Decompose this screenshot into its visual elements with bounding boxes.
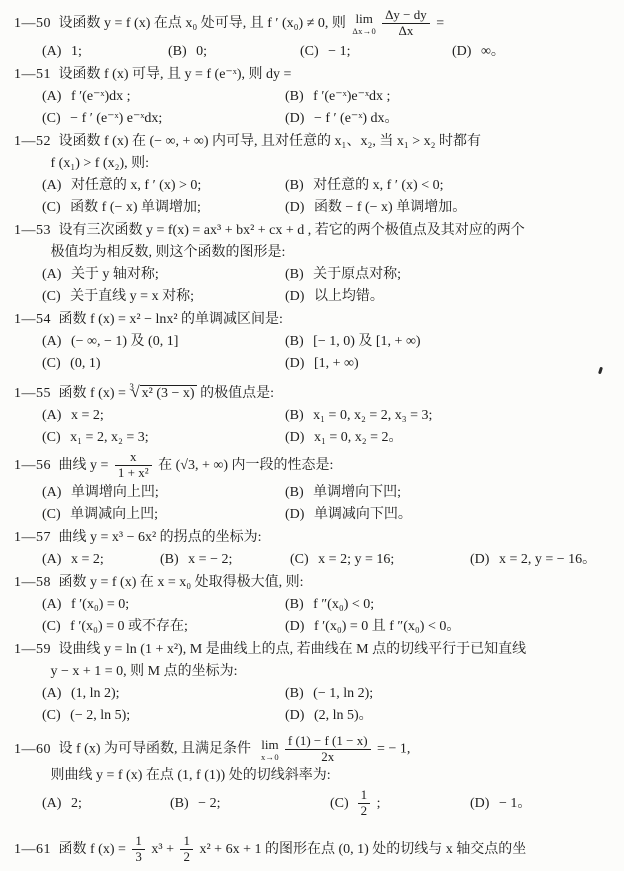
stem-line: 1—57 曲线 y = x³ − 6x² 的拐点的坐标为: xyxy=(14,527,616,549)
question: 1—52 设函数 f (x) 在 (− ∞, + ∞) 内可导, 且对任意的 x… xyxy=(14,131,616,219)
stem-line: 1—56 曲线 y = x1 + x² 在 (√3, + ∞) 内一段的性态是: xyxy=(14,450,616,482)
option-label: (C) xyxy=(42,356,61,371)
options-row: (A) (− ∞, − 1) 及 (0, 1] (B) [− 1, 0) 及 [… xyxy=(42,331,616,375)
option-label: (D) xyxy=(285,356,304,371)
option: (B) 0; xyxy=(168,41,300,63)
stem-line: f (x₁) > f (x₂), 则: xyxy=(47,153,616,175)
option: (D) − 1。 xyxy=(470,787,616,821)
formula-text: 设曲线 y = ln (1 + x²), M 是曲线上的点, 若曲线在 M 点的… xyxy=(55,642,530,657)
option: (C) 函数 f (− x) 单调增加; xyxy=(42,197,285,219)
option: (A) 关于 y 轴对称; xyxy=(42,264,285,286)
question-number: 1—60 xyxy=(14,739,55,761)
formula-text: 设函数 f (x) 在 (− ∞, + ∞) 内可导, 且对任意的 x₁、x₂,… xyxy=(55,134,484,149)
fraction-numerator: Δy − dy xyxy=(382,8,430,24)
option-label: (A) xyxy=(42,686,61,701)
option: (B) x = − 2; xyxy=(160,549,290,571)
option: (C) − f ′ (e⁻ˣ) e⁻ˣdx; xyxy=(42,108,285,130)
formula-text: 关于直线 y = x 对称; xyxy=(67,289,198,304)
formula-text: 1; xyxy=(67,44,85,59)
formula-text: 函数 f (x) = x² − lnx² 的单调减区间是: xyxy=(55,312,286,327)
option: (C) (0, 1) xyxy=(42,353,285,375)
option-label: (A) xyxy=(42,89,61,104)
stem-line: 极值均为相反数, 则这个函数的图形是: xyxy=(47,242,616,264)
option: (C) (− 2, ln 5); xyxy=(42,705,285,727)
option: (B) 单调增向下凹; xyxy=(285,482,616,504)
option: (D) 单调减向下凹。 xyxy=(285,504,616,526)
fraction: Δy − dyΔx xyxy=(382,8,430,39)
option-label: (A) xyxy=(42,334,61,349)
question: 1—57 曲线 y = x³ − 6x² 的拐点的坐标为: (A) x = 2;… xyxy=(14,527,616,571)
formula-text: x = 2; xyxy=(67,552,107,567)
option: (D) f ′(x₀) = 0 且 f ″(x₀) < 0。 xyxy=(285,616,616,638)
option: (D) [1, + ∞) xyxy=(285,353,616,375)
formula-text: 在 (√3, + ∞) 内一段的性态是: xyxy=(155,458,337,473)
formula-text: (1, ln 2); xyxy=(67,686,123,701)
formula-text: − f ′ (e⁻ˣ) dx。 xyxy=(310,111,402,126)
option-label: (D) xyxy=(285,708,304,723)
option-label: (B) xyxy=(285,334,304,349)
limit-word: lim xyxy=(352,12,376,25)
fraction-numerator: 1 xyxy=(180,834,193,850)
option-label: (D) xyxy=(470,552,489,567)
options-row: (A) 1; (B) 0; (C) − 1; (D) ∞。 xyxy=(42,41,616,63)
question-number: 1—55 xyxy=(14,383,55,405)
formula-text: 以上均错。 xyxy=(310,289,387,304)
formula-text: f ′(x₀) = 0; xyxy=(67,597,132,612)
fraction-denominator: 3 xyxy=(132,850,145,865)
option-label: (C) xyxy=(42,289,61,304)
fraction-numerator: 1 xyxy=(132,834,145,850)
formula-text: (0, 1) xyxy=(67,356,104,371)
formula-text: (− 2, ln 5); xyxy=(67,708,134,723)
option: (C) x₁ = 2, x₂ = 3; xyxy=(42,427,285,449)
option: (A) x = 2; xyxy=(42,549,160,571)
option: (C) − 1; xyxy=(300,41,452,63)
stem-line: 1—58 函数 y = f (x) 在 x = x₀ 处取得极大值, 则: xyxy=(14,572,616,594)
option-label: (A) xyxy=(42,267,61,282)
question: 1—58 函数 y = f (x) 在 x = x₀ 处取得极大值, 则: (A… xyxy=(14,572,616,638)
formula-text: f ′(x₀) = 0 或不存在; xyxy=(67,619,192,634)
formula-text: − f ′ (e⁻ˣ) e⁻ˣdx; xyxy=(67,111,166,126)
option: (B) 对任意的 x, f ′ (x) < 0; xyxy=(285,175,616,197)
option: (C) 关于直线 y = x 对称; xyxy=(42,286,285,308)
formula-text: x² + 6x + 1 的图形在点 (0, 1) 处的切线与 x 轴交点的坐 xyxy=(196,842,530,857)
option-label: (C) xyxy=(330,796,349,811)
question: 1—53 设有三次函数 y = f(x) = ax³ + bx² + cx + … xyxy=(14,220,616,308)
formula-text: (− ∞, − 1) 及 (0, 1] xyxy=(67,334,181,349)
question: 1—56 曲线 y = x1 + x² 在 (√3, + ∞) 内一段的性态是:… xyxy=(14,450,616,526)
question-number: 1—53 xyxy=(14,220,55,242)
radical: 3√x² (3 − x) xyxy=(129,382,196,405)
stem-line: 1—50 设函数 y = f (x) 在点 x₀ 处可导, 且 f ′ (x₀)… xyxy=(14,7,616,41)
fraction-denominator: 1 + x² xyxy=(115,466,152,481)
option: (D) x = 2, y = − 16。 xyxy=(470,549,616,571)
formula-text: 曲线 y = xyxy=(55,458,112,473)
formula-text: − 1; xyxy=(325,44,354,59)
option: (C) x = 2; y = 16; xyxy=(290,549,470,571)
formula-text: f ′(x₀) = 0 且 f ″(x₀) < 0。 xyxy=(310,619,463,634)
option-label: (B) xyxy=(170,796,189,811)
option-label: (C) xyxy=(42,619,61,634)
option-label: (B) xyxy=(168,44,187,59)
formula-text: 函数 f (x) = xyxy=(55,386,129,401)
option: (A) 1; xyxy=(42,41,168,63)
question-number: 1—56 xyxy=(14,450,55,482)
formula-text: − 2; xyxy=(195,796,224,811)
option-label: (D) xyxy=(470,796,489,811)
formula-text: 则曲线 y = f (x) 在点 (1, f (1)) 处的切线斜率为: xyxy=(47,768,334,783)
question: 1—60 设 f (x) 为可导函数, 且满足条件 limx→0f (1) − … xyxy=(14,734,616,821)
limit-underscript: Δx→0 xyxy=(352,27,376,36)
stem-line: 1—55 函数 f (x) = 3√x² (3 − x) 的极值点是: xyxy=(14,382,616,405)
formula-text: x₁ = 2, x₂ = 3; xyxy=(67,430,152,445)
formula-text: 函数 f (x) = xyxy=(55,842,129,857)
option-label: (B) xyxy=(285,178,304,193)
formula-text: 函数 − f (− x) 单调增加。 xyxy=(310,200,469,215)
option-label: (B) xyxy=(285,597,304,612)
question: 1—55 函数 f (x) = 3√x² (3 − x) 的极值点是: (A) … xyxy=(14,382,616,449)
fraction: 12 xyxy=(180,834,193,865)
formula-text: [1, + ∞) xyxy=(310,356,362,371)
option: (D) 函数 − f (− x) 单调增加。 xyxy=(285,197,616,219)
options-row: (A) (1, ln 2); (B) (− 1, ln 2); (C) (− 2… xyxy=(42,683,616,727)
option: (D) ∞。 xyxy=(452,41,616,63)
option: (D) (2, ln 5)。 xyxy=(285,705,616,727)
option: (B) − 2; xyxy=(170,787,330,821)
formula-text: f (x₁) > f (x₂), 则: xyxy=(47,156,153,171)
formula-text: 设函数 f (x) 可导, 且 y = f (e⁻ˣ), 则 dy = xyxy=(55,67,295,82)
question-number: 1—61 xyxy=(14,833,55,867)
formula-text: (− 1, ln 2); xyxy=(310,686,377,701)
option: (D) x₁ = 0, x₂ = 2。 xyxy=(285,427,616,449)
question: 1—59 设曲线 y = ln (1 + x²), M 是曲线上的点, 若曲线在… xyxy=(14,639,616,727)
option-label: (A) xyxy=(42,597,61,612)
formula-text: f ′(e⁻ˣ)dx ; xyxy=(67,89,134,104)
option-label: (D) xyxy=(285,111,304,126)
stem-line: 1—59 设曲线 y = ln (1 + x²), M 是曲线上的点, 若曲线在… xyxy=(14,639,616,661)
fraction-denominator: Δx xyxy=(382,24,430,39)
option-label: (D) xyxy=(285,200,304,215)
formula-text: x³ + xyxy=(148,842,178,857)
formula-text: x₁ = 0, x₂ = 2。 xyxy=(310,430,406,445)
option-label: (B) xyxy=(285,89,304,104)
radicand: x² (3 − x) xyxy=(140,385,197,401)
formula-text: 关于原点对称; xyxy=(310,267,405,282)
formula-text: 对任意的 x, f ′ (x) < 0; xyxy=(310,178,447,193)
option-label: (D) xyxy=(285,619,304,634)
formula-text: ∞。 xyxy=(477,44,508,59)
option: (A) (1, ln 2); xyxy=(42,683,285,705)
formula-text: 单调增向上凹; xyxy=(67,485,162,500)
limit: limx→0 xyxy=(261,738,279,762)
option-label: (C) xyxy=(42,111,61,126)
limit-underscript: x→0 xyxy=(261,753,279,762)
formula-text: y − x + 1 = 0, 则 M 点的坐标为: xyxy=(47,664,241,679)
question-number: 1—50 xyxy=(14,7,55,41)
formula-text: 曲线 y = x³ − 6x² 的拐点的坐标为: xyxy=(55,530,265,545)
question: 1—51 设函数 f (x) 可导, 且 y = f (e⁻ˣ), 则 dy =… xyxy=(14,64,616,130)
fraction-denominator: 2x xyxy=(285,750,371,765)
stem-line: 1—52 设函数 f (x) 在 (− ∞, + ∞) 内可导, 且对任意的 x… xyxy=(14,131,616,153)
option-label: (B) xyxy=(285,408,304,423)
options-row: (A) x = 2; (B) x = − 2; (C) x = 2; y = 1… xyxy=(42,549,616,571)
fraction-denominator: 2 xyxy=(358,804,371,819)
stem-line: 则曲线 y = f (x) 在点 (1, f (1)) 处的切线斜率为: xyxy=(47,765,616,787)
fraction: 13 xyxy=(132,834,145,865)
option: (A) x = 2; xyxy=(42,405,285,427)
question-number: 1—58 xyxy=(14,572,55,594)
limit-word: lim xyxy=(261,738,279,751)
formula-text: 函数 f (− x) 单调增加; xyxy=(67,200,205,215)
formula-text: 0; xyxy=(193,44,211,59)
formula-text: x = − 2; xyxy=(185,552,236,567)
option-label: (C) xyxy=(300,44,319,59)
fraction-denominator: 2 xyxy=(180,850,193,865)
formula-text: 设函数 y = f (x) 在点 x₀ 处可导, 且 f ′ (x₀) ≠ 0,… xyxy=(55,16,349,31)
fraction: 12 xyxy=(358,788,371,819)
formula-text: x = 2; y = 16; xyxy=(315,552,398,567)
option-label: (C) xyxy=(290,552,309,567)
fraction: f (1) − f (1 − x)2x xyxy=(285,734,371,765)
formula-text: (2, ln 5)。 xyxy=(310,708,376,723)
options-row: (A) 2; (B) − 2; (C)12 ; (D) − 1。 xyxy=(42,787,616,821)
stem-line: 1—51 设函数 f (x) 可导, 且 y = f (e⁻ˣ), 则 dy = xyxy=(14,64,616,86)
option: (C) f ′(x₀) = 0 或不存在; xyxy=(42,616,285,638)
formula-text: 单调增向下凹; xyxy=(310,485,405,500)
option: (B) f ′(e⁻ˣ)e⁻ˣdx ; xyxy=(285,86,616,108)
formula-text: 关于 y 轴对称; xyxy=(67,267,162,282)
formula-text: 2; xyxy=(67,796,85,811)
options-row: (A) x = 2; (B) x₁ = 0, x₂ = 2, x₃ = 3; (… xyxy=(42,405,616,449)
option-label: (C) xyxy=(42,507,61,522)
stem-line: y − x + 1 = 0, 则 M 点的坐标为: xyxy=(47,661,616,683)
option: (A) f ′(e⁻ˣ)dx ; xyxy=(42,86,285,108)
option-label: (D) xyxy=(285,507,304,522)
option: (C) 单调减向上凹; xyxy=(42,504,285,526)
question-number: 1—54 xyxy=(14,309,55,331)
formula-text: = − 1, xyxy=(374,742,414,757)
formula-text: ; xyxy=(373,796,384,811)
fraction-numerator: f (1) − f (1 − x) xyxy=(285,734,371,750)
limit: limΔx→0 xyxy=(352,12,376,36)
option-label: (A) xyxy=(42,44,61,59)
formula-text: f ′(e⁻ˣ)e⁻ˣdx ; xyxy=(310,89,394,104)
question-number: 1—52 xyxy=(14,131,55,153)
fraction-numerator: x xyxy=(115,450,152,466)
option: (B) [− 1, 0) 及 [1, + ∞) xyxy=(285,331,616,353)
stem-line: 1—54 函数 f (x) = x² − lnx² 的单调减区间是: xyxy=(14,309,616,331)
option-label: (D) xyxy=(285,289,304,304)
formula-text: 设有三次函数 y = f(x) = ax³ + bx² + cx + d , 若… xyxy=(55,223,528,238)
options-row: (A) 关于 y 轴对称; (B) 关于原点对称; (C) 关于直线 y = x… xyxy=(42,264,616,308)
option: (B) x₁ = 0, x₂ = 2, x₃ = 3; xyxy=(285,405,616,427)
option: (C)12 ; xyxy=(330,787,470,821)
options-row: (A) 单调增向上凹; (B) 单调增向下凹; (C) 单调减向上凹; (D) … xyxy=(42,482,616,526)
option: (B) f ″(x₀) < 0; xyxy=(285,594,616,616)
formula-text: = xyxy=(433,16,448,31)
options-row: (A) f ′(x₀) = 0; (B) f ″(x₀) < 0; (C) f … xyxy=(42,594,616,638)
option-label: (A) xyxy=(42,796,61,811)
option: (A) 单调增向上凹; xyxy=(42,482,285,504)
question-number: 1—51 xyxy=(14,64,55,86)
option-label: (D) xyxy=(452,44,471,59)
option-label: (A) xyxy=(42,552,61,567)
formula-text: x = 2, y = − 16。 xyxy=(495,552,599,567)
option-label: (B) xyxy=(285,485,304,500)
option: (A) 2; xyxy=(42,787,170,821)
formula-text: [− 1, 0) 及 [1, + ∞) xyxy=(310,334,424,349)
fraction-numerator: 1 xyxy=(358,788,371,804)
formula-text: x₁ = 0, x₂ = 2, x₃ = 3; xyxy=(310,408,436,423)
option-label: (C) xyxy=(42,430,61,445)
options-row: (A) 对任意的 x, f ′ (x) > 0; (B) 对任意的 x, f ′… xyxy=(42,175,616,219)
options-row: (A) f ′(e⁻ˣ)dx ; (B) f ′(e⁻ˣ)e⁻ˣdx ; (C)… xyxy=(42,86,616,130)
option: (A) f ′(x₀) = 0; xyxy=(42,594,285,616)
stem-line: 1—60 设 f (x) 为可导函数, 且满足条件 limx→0f (1) − … xyxy=(14,734,616,765)
formula-text: 函数 y = f (x) 在 x = x₀ 处取得极大值, 则: xyxy=(55,575,307,590)
formula-text: 极值均为相反数, 则这个函数的图形是: xyxy=(47,245,289,260)
formula-text: 对任意的 x, f ′ (x) > 0; xyxy=(67,178,204,193)
question: 1—50 设函数 y = f (x) 在点 x₀ 处可导, 且 f ′ (x₀)… xyxy=(14,7,616,63)
radical-degree: 3 xyxy=(129,382,134,392)
option-label: (C) xyxy=(42,708,61,723)
formula-text: x = 2; xyxy=(67,408,107,423)
stem-line: 1—61 函数 f (x) = 13 x³ + 12 x² + 6x + 1 的… xyxy=(14,833,616,867)
question: 1—61 函数 f (x) = 13 x³ + 12 x² + 6x + 1 的… xyxy=(14,833,616,867)
formula-text: f ″(x₀) < 0; xyxy=(310,597,378,612)
option-label: (A) xyxy=(42,178,61,193)
option: (D) − f ′ (e⁻ˣ) dx。 xyxy=(285,108,616,130)
stem-line: 1—53 设有三次函数 y = f(x) = ax³ + bx² + cx + … xyxy=(14,220,616,242)
option-label: (A) xyxy=(42,408,61,423)
option-label: (A) xyxy=(42,485,61,500)
option: (A) 对任意的 x, f ′ (x) > 0; xyxy=(42,175,285,197)
option-label: (C) xyxy=(42,200,61,215)
option-label: (D) xyxy=(285,430,304,445)
fraction: x1 + x² xyxy=(115,450,152,481)
option: (B) (− 1, ln 2); xyxy=(285,683,616,705)
option-label: (B) xyxy=(285,267,304,282)
formula-text: 设 f (x) 为可导函数, 且满足条件 xyxy=(55,742,258,757)
formula-text: 单调减向上凹; xyxy=(67,507,162,522)
formula-text: − 1。 xyxy=(495,796,534,811)
exercise-page: 1—50 设函数 y = f (x) 在点 x₀ 处可导, 且 f ′ (x₀)… xyxy=(0,0,624,871)
option-label: (B) xyxy=(160,552,179,567)
option-label: (B) xyxy=(285,686,304,701)
option: (B) 关于原点对称; xyxy=(285,264,616,286)
question-list: 1—50 设函数 y = f (x) 在点 x₀ 处可导, 且 f ′ (x₀)… xyxy=(14,7,616,867)
formula-text: 的极值点是: xyxy=(197,386,278,401)
question-number: 1—59 xyxy=(14,639,55,661)
option: (D) 以上均错。 xyxy=(285,286,616,308)
question-number: 1—57 xyxy=(14,527,55,549)
question: 1—54 函数 f (x) = x² − lnx² 的单调减区间是: (A) (… xyxy=(14,309,616,375)
formula-text: 单调减向下凹。 xyxy=(310,507,415,522)
option: (A) (− ∞, − 1) 及 (0, 1] xyxy=(42,331,285,353)
